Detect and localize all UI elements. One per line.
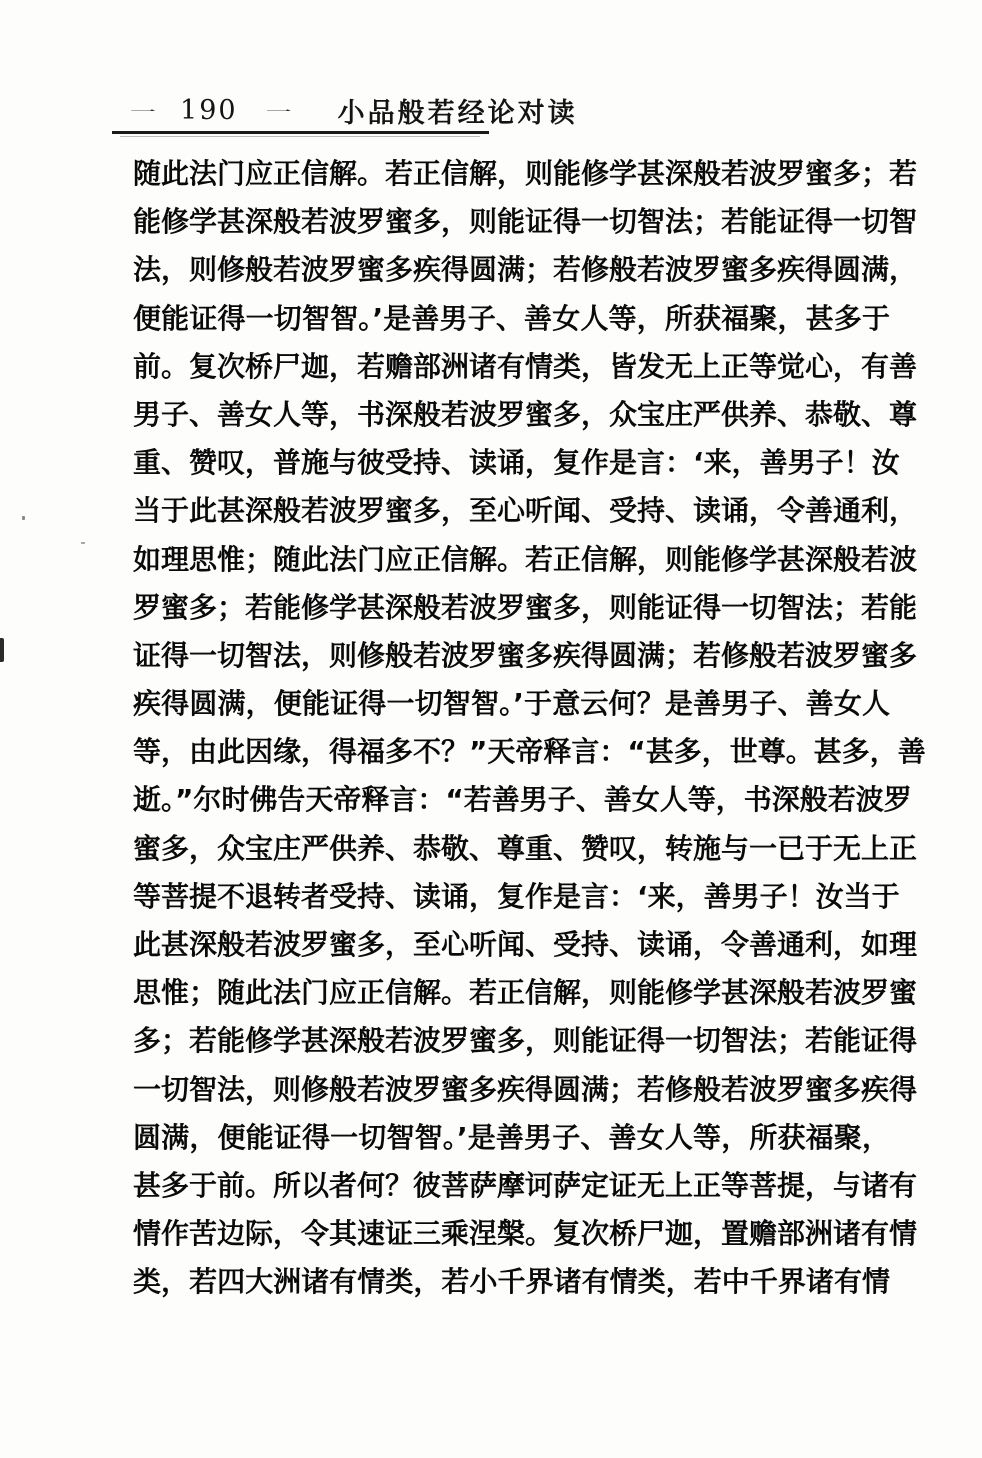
header-dash-right: 一 [266,101,292,120]
page-header: 一 190 一 小品般若经论对读 [130,92,690,128]
text-line: 一切智法，则修般若波罗蜜多疾得圆满；若修般若波罗蜜多疾得 [133,1066,890,1114]
text-line: 甚多于前。所以者何？彼菩萨摩诃萨定证无上正等菩提，与诸有 [133,1162,890,1210]
page-number: 190 [180,95,238,126]
text-line: 此甚深般若波罗蜜多，至心听闻、受持、读诵，令善通利，如理 [133,921,890,969]
text-line: 等，由此因缘，得福多不？”天帝释言：“甚多，世尊。甚多，善 [133,728,890,776]
text-line: 前。复次桥尸迦，若赡部洲诸有情类，皆发无上正等觉心，有善 [133,343,890,391]
text-line: 罗蜜多；若能修学甚深般若波罗蜜多，则能证得一切智法；若能 [133,584,890,632]
scanned-book-page: 一 190 一 小品般若经论对读 随此法门应正信解。若正信解，则能修学甚深般若波… [0,0,982,1458]
scan-speck [81,542,85,544]
text-line: 圆满，便能证得一切智智。’是善男子、善女人等，所获福聚， [133,1114,890,1162]
text-line: 重、赞叹，普施与彼受持、读诵，复作是言：‘来，善男子！汝 [133,439,890,487]
body-text: 随此法门应正信解。若正信解，则能修学甚深般若波罗蜜多；若能修学甚深般若波罗蜜多，… [133,150,890,1307]
header-underline [112,131,489,134]
text-line: 思惟；随此法门应正信解。若正信解，则能修学甚深般若波罗蜜 [133,969,890,1017]
text-line: 随此法门应正信解。若正信解，则能修学甚深般若波罗蜜多；若 [133,150,890,198]
text-line: 逝。”尔时佛告天帝释言：“若善男子、善女人等，书深般若波罗 [133,776,890,824]
text-line: 多；若能修学甚深般若波罗蜜多，则能证得一切智法；若能证得 [133,1017,890,1065]
header-dash-left: 一 [130,101,156,120]
book-title: 小品般若经论对读 [338,91,578,130]
text-line: 当于此甚深般若波罗蜜多，至心听闻、受持、读诵，令善通利， [133,487,890,535]
text-line: 证得一切智法，则修般若波罗蜜多疾得圆满；若修般若波罗蜜多 [133,632,890,680]
text-line: 类，若四大洲诸有情类，若小千界诸有情类，若中千界诸有情 [133,1258,890,1306]
scan-edge-mark [0,638,4,662]
text-line: 蜜多，众宝庄严供养、恭敬、尊重、赞叹，转施与一已于无上正 [133,825,890,873]
text-line: 疾得圆满，便能证得一切智智。’于意云何？是善男子、善女人 [133,680,890,728]
text-line: 男子、善女人等，书深般若波罗蜜多，众宝庄严供养、恭敬、尊 [133,391,890,439]
text-line: 等菩提不退转者受持、读诵，复作是言：‘来，善男子！汝当于 [133,873,890,921]
header-underline-shadow [120,136,480,137]
text-line: 便能证得一切智智。’是善男子、善女人等，所获福聚，甚多于 [133,295,890,343]
text-line: 情作苦边际，令其速证三乘涅槃。复次桥尸迦，置赡部洲诸有情 [133,1210,890,1258]
text-line: 如理思惟；随此法门应正信解。若正信解，则能修学甚深般若波 [133,536,890,584]
text-line: 能修学甚深般若波罗蜜多，则能证得一切智法；若能证得一切智 [133,198,890,246]
text-line: 法，则修般若波罗蜜多疾得圆满；若修般若波罗蜜多疾得圆满， [133,246,890,294]
scan-speck [22,516,25,520]
